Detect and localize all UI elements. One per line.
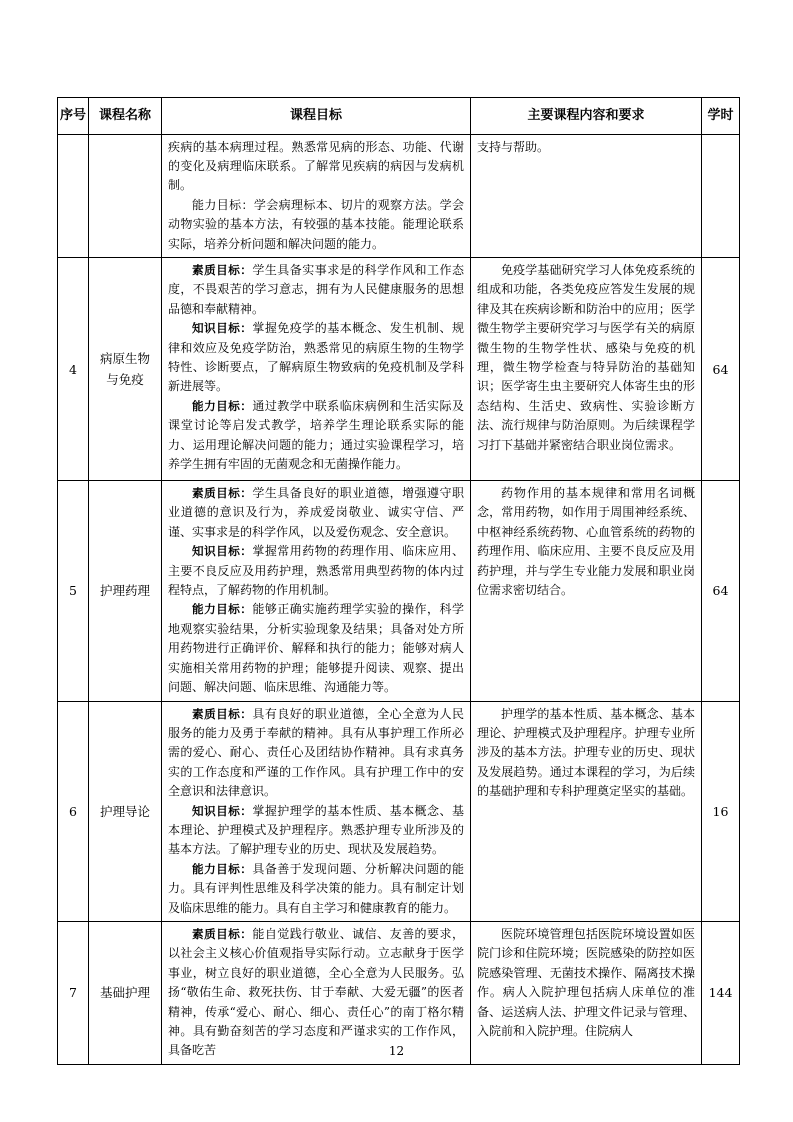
objective-label: 能力目标： [192, 862, 252, 876]
header-row: 序号 课程名称 课程目标 主要课程内容和要求 学时 [58, 98, 740, 135]
paragraph: 知识目标：掌握免疫学的基本概念、发生机制、规律和效应及免疫学防治，熟悉常见的病原… [168, 319, 464, 397]
paragraph: 能力目标：学会病理标本、切片的观察方法。学会动物实验的基本方法，有较强的基本技能… [168, 196, 464, 254]
course-content: 医院环境管理包括医院环境设置如医院门诊和住院环境；医院感染的防控如医院感染管理、… [471, 921, 702, 1064]
course-table-header: 序号 课程名称 课程目标 主要课程内容和要求 学时 [58, 98, 740, 135]
document-page: 序号 课程名称 课程目标 主要课程内容和要求 学时 疾病的基本病理过程。熟悉常见… [0, 0, 793, 1122]
course-content: 免疫学基础研究学习人体免疫系统的组成和功能，各类免疫应答发生发展的规律及其在疾病… [471, 258, 702, 481]
row-serial-number: 7 [58, 921, 89, 1064]
course-objectives: 疾病的基本病理过程。熟悉常见病的形态、功能、代谢的变化及病理临床联系。了解常见疾… [162, 134, 471, 257]
table-row: 6护理导论素质目标：具有良好的职业道德，全心全意为人民服务的能力及勇于奉献的精神… [58, 701, 740, 921]
table-row: 7基础护理素质目标：能自觉践行敬业、诚信、友善的要求，以社会主义核心价值观指导实… [58, 921, 740, 1064]
paragraph: 护理学的基本性质、基本概念、基本理论、护理模式及护理程序。护理专业所涉及的基本方… [477, 705, 695, 802]
course-content: 护理学的基本性质、基本概念、基本理论、护理模式及护理程序。护理专业所涉及的基本方… [471, 701, 702, 921]
paragraph: 疾病的基本病理过程。熟悉常见病的形态、功能、代谢的变化及病理临床联系。了解常见疾… [168, 138, 464, 196]
objective-label: 素质目标： [192, 486, 252, 500]
course-table-body: 疾病的基本病理过程。熟悉常见病的形态、功能、代谢的变化及病理临床联系。了解常见疾… [58, 134, 740, 1064]
objective-label: 素质目标： [192, 263, 252, 277]
course-hours: 144 [702, 921, 740, 1064]
course-content: 支持与帮助。 [471, 134, 702, 257]
course-objectives: 素质目标：学生具备良好的职业道德，增强遵守职业道德的意识及行为，养成爱岗敬业、诚… [162, 481, 471, 701]
header-course-content: 主要课程内容和要求 [471, 98, 702, 135]
course-hours [702, 134, 740, 257]
paragraph: 免疫学基础研究学习人体免疫系统的组成和功能，各类免疫应答发生发展的规律及其在疾病… [477, 261, 695, 455]
course-objectives: 素质目标：学生具备实事求是的科学作风和工作态度，不畏艰苦的学习意志，拥有为人民健… [162, 258, 471, 481]
course-hours: 64 [702, 258, 740, 481]
row-serial-number: 5 [58, 481, 89, 701]
paragraph: 知识目标：掌握常用药物的药理作用、临床应用、主要不良反应及用药护理，熟悉常用典型… [168, 542, 464, 600]
course-name: 护理导论 [89, 701, 162, 921]
course-objectives: 素质目标：具有良好的职业道德，全心全意为人民服务的能力及勇于奉献的精神。具有从事… [162, 701, 471, 921]
paragraph: 能力目标：能够正确实施药理学实验的操作，科学地观察实验结果，分析实验现象及结果；… [168, 600, 464, 697]
course-hours: 16 [702, 701, 740, 921]
course-name: 护理药理 [89, 481, 162, 701]
table-row: 4病原生物与免疫素质目标：学生具备实事求是的科学作风和工作态度，不畏艰苦的学习意… [58, 258, 740, 481]
paragraph: 素质目标：具有良好的职业道德，全心全意为人民服务的能力及勇于奉献的精神。具有从事… [168, 705, 464, 802]
paragraph: 能力目标：通过教学中联系临床病例和生活实际及课堂讨论等启发式教学，培养学生理论联… [168, 397, 464, 475]
course-table: 序号 课程名称 课程目标 主要课程内容和要求 学时 疾病的基本病理过程。熟悉常见… [57, 97, 740, 1065]
paragraph: 素质目标：学生具备良好的职业道德，增强遵守职业道德的意识及行为，养成爱岗敬业、诚… [168, 484, 464, 542]
course-content: 药物作用的基本规律和常用名词概念，常用药物，如作用于周围神经系统、中枢神经系统药… [471, 481, 702, 701]
paragraph: 药物作用的基本规律和常用名词概念，常用药物，如作用于周围神经系统、中枢神经系统药… [477, 484, 695, 600]
paragraph: 支持与帮助。 [477, 138, 695, 157]
course-hours: 64 [702, 481, 740, 701]
paragraph: 医院环境管理包括医院环境设置如医院门诊和住院环境；医院感染的防控如医院感染管理、… [477, 925, 695, 1041]
header-course-name: 课程名称 [89, 98, 162, 135]
table-row: 5护理药理素质目标：学生具备良好的职业道德，增强遵守职业道德的意识及行为，养成爱… [58, 481, 740, 701]
paragraph: 素质目标：学生具备实事求是的科学作风和工作态度，不畏艰苦的学习意志，拥有为人民健… [168, 261, 464, 319]
course-objectives: 素质目标：能自觉践行敬业、诚信、友善的要求，以社会主义核心价值观指导实际行动。立… [162, 921, 471, 1064]
objective-label: 知识目标： [192, 544, 252, 558]
course-name: 基础护理 [89, 921, 162, 1064]
objective-label: 知识目标： [192, 321, 252, 335]
row-serial-number: 4 [58, 258, 89, 481]
course-name: 病原生物与免疫 [89, 258, 162, 481]
table-row: 疾病的基本病理过程。熟悉常见病的形态、功能、代谢的变化及病理临床联系。了解常见疾… [58, 134, 740, 257]
objective-label: 能力目标： [192, 399, 252, 413]
paragraph: 素质目标：能自觉践行敬业、诚信、友善的要求，以社会主义核心价值观指导实际行动。立… [168, 925, 464, 1061]
objective-label: 素质目标： [192, 927, 252, 941]
header-class-hours: 学时 [702, 98, 740, 135]
course-name [89, 134, 162, 257]
row-serial-number [58, 134, 89, 257]
paragraph: 能力目标：具备善于发现问题、分析解决问题的能力。具有评判性思维及科学决策的能力。… [168, 860, 464, 918]
header-serial-number: 序号 [58, 98, 89, 135]
row-serial-number: 6 [58, 701, 89, 921]
page-number: 12 [0, 1044, 793, 1058]
header-course-objectives: 课程目标 [162, 98, 471, 135]
paragraph: 知识目标：掌握护理学的基本性质、基本概念、基本理论、护理模式及护理程序。熟悉护理… [168, 802, 464, 860]
objective-label: 素质目标： [192, 707, 252, 721]
objective-label: 知识目标： [192, 804, 252, 818]
objective-label: 能力目标： [192, 602, 252, 616]
